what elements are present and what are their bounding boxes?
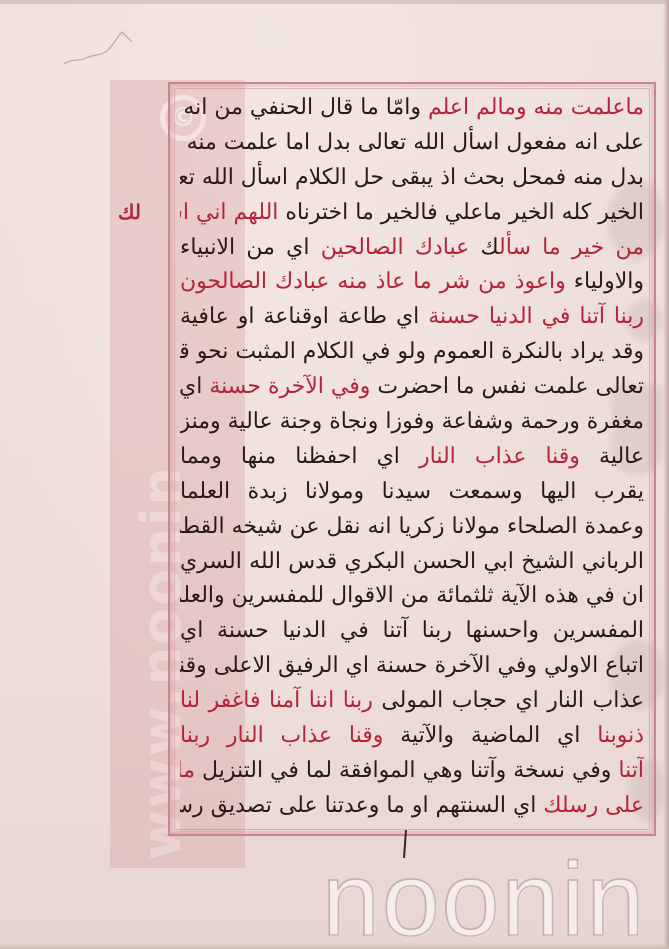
text-segment: ان في هذه الآية ثلثمائة من الاقوال للمفس… — [180, 583, 644, 608]
text-segment: الرباني الشيخ ابي الحسن البكري قدس الله … — [180, 549, 644, 574]
rubric-segment: ماعلمت منه ومالم اعلم — [428, 95, 644, 120]
manuscript-text: ماعلمت منه ومالم اعلم وامّا ما قال الحنف… — [180, 90, 644, 828]
text-segment: وقد يراد بالنكرة العموم ولو في الكلام ال… — [180, 339, 644, 364]
page-right-edge — [663, 0, 669, 949]
rubric-segment: ذنوبنا — [597, 723, 644, 748]
text-line: اتباع الاولي وفي الآخرة حسنة اي الرفيق ا… — [180, 648, 644, 683]
rubric-segment: على رسلك — [543, 793, 644, 818]
text-segment: ربنا آتنا في الدنيا حسنة — [217, 618, 452, 643]
text-segment: بدل منه فمحل بحث اذ يبقى حل الكلام اسأل … — [180, 165, 644, 190]
text-segment: اي طاعة اوقناعة او عافية — [180, 304, 428, 329]
rubric-segment: آتنا — [618, 758, 644, 783]
text-segment: اي — [180, 618, 217, 643]
text-line: ان في هذه الآية ثلثمائة من الاقوال للمفس… — [180, 578, 644, 613]
text-line: وعمدة الصلحاء مولانا زكريا انه نقل عن شي… — [180, 509, 644, 544]
rubric-segment: ما وعدتنا — [180, 758, 195, 783]
page-top-edge — [0, 0, 669, 4]
text-segment: اي من الانبياء — [180, 235, 321, 260]
rubric-segment: ربنا اننا آمنا فاغفر لنا — [180, 688, 373, 713]
text-line: آتنا وفي نسخة وآتنا وهي الموافقة لما في … — [180, 753, 644, 788]
rubric-segment: من خير ما سأل — [499, 235, 644, 260]
text-line: على انه مفعول اسأل الله تعالى بدل اما عل… — [180, 125, 644, 160]
text-line: تعالى علمت نفس ما احضرت وفي الآخرة حسنة … — [180, 369, 644, 404]
text-segment: الخير كله الخير ماعلي فالخير ما اخترناه — [278, 200, 644, 225]
text-line: من خير ما سألك عبادك الصالحين اي من الان… — [180, 230, 644, 265]
text-line: والاولياء واعوذ من شر ما عاذ منه عبادك ا… — [180, 264, 644, 299]
rubric-segment: اللهم اني اسأ — [180, 200, 278, 225]
text-segment: اي — [180, 374, 209, 399]
text-segment: اي الماضية والآتية — [383, 723, 597, 748]
text-segment: اي احفظنا منها ومما — [180, 444, 419, 469]
text-segment: على انه مفعول اسأل الله تعالى بدل اما عل… — [180, 130, 644, 155]
text-frame: ماعلمت منه ومالم اعلم وامّا ما قال الحنف… — [168, 82, 656, 836]
rubric-segment: وفي الآخرة حسنة — [209, 374, 370, 399]
text-segment: عذاب النار اي حجاب المولى — [373, 688, 644, 713]
text-line: ربنا آتنا في الدنيا حسنة اي طاعة اوقناعة… — [180, 299, 644, 334]
text-line: ماعلمت منه ومالم اعلم وامّا ما قال الحنف… — [180, 90, 644, 125]
text-segment: ك — [469, 235, 499, 260]
text-line: الرباني الشيخ ابي الحسن البكري قدس الله … — [180, 544, 644, 579]
text-segment: اتباع الاولي وفي الآخرة حسنة اي الرفيق ا… — [180, 653, 644, 678]
text-line: ذنوبنا اي الماضية والآتية وقنا عذاب النا… — [180, 718, 644, 753]
text-segment: يقرب اليها وسمعت سيدنا ومولانا زبدة العل… — [180, 479, 644, 504]
text-line: يقرب اليها وسمعت سيدنا ومولانا زبدة العل… — [180, 474, 644, 509]
text-line: المفسرين واحسنها ربنا آتنا في الدنيا حسن… — [180, 613, 644, 648]
text-segment: اي السنتهم او ما وعدتنا على تصديق رسلك — [180, 793, 543, 818]
manuscript-page: © www.noonin لك ماعلمت منه ومالم اعلم وا… — [0, 0, 669, 949]
text-segment: وعمدة الصلحاء مولانا زكريا انه نقل عن شي… — [180, 514, 644, 539]
text-segment: والاولياء — [566, 269, 644, 294]
text-line: الخير كله الخير ماعلي فالخير ما اخترناه … — [180, 195, 644, 230]
text-line: عالية وقنا عذاب النار اي احفظنا منها ومم… — [180, 439, 644, 474]
margin-note: لك — [118, 200, 141, 224]
rubric-segment: وقنا عذاب النار ربنا — [180, 723, 383, 748]
text-segment: تعالى علمت نفس ما احضرت — [370, 374, 644, 399]
rubric-segment: واعوذ من شر ما عاذ منه عبادك الصالحون — [180, 269, 566, 294]
rubric-segment: عبادك الصالحين — [321, 235, 470, 260]
text-line: على رسلك اي السنتهم او ما وعدتنا على تصد… — [180, 788, 644, 823]
text-segment: المفسرين واحسنها — [452, 618, 644, 643]
text-line: وقد يراد بالنكرة العموم ولو في الكلام ال… — [180, 334, 644, 369]
rubric-segment: ربنا آتنا في الدنيا حسنة — [428, 304, 644, 329]
text-segment: مغفرة ورحمة وشفاعة وفوزا ونجاة وجنة عالي… — [180, 409, 644, 434]
text-line: بدل منه فمحل بحث اذ يبقى حل الكلام اسأل … — [180, 160, 644, 195]
rubric-segment: وقنا عذاب النار — [419, 444, 580, 469]
text-line: عذاب النار اي حجاب المولى ربنا اننا آمنا… — [180, 683, 644, 718]
pencil-mark-icon — [62, 28, 142, 68]
text-segment: عالية — [580, 444, 644, 469]
text-line: مغفرة ورحمة وشفاعة وفوزا ونجاة وجنة عالي… — [180, 404, 644, 439]
text-segment: وامّا ما قال الحنفي من انه منصوب — [180, 95, 428, 120]
text-segment: وفي نسخة وآتنا وهي الموافقة لما في التنز… — [195, 758, 618, 783]
bottom-watermark-text: noonin — [322, 848, 646, 949]
